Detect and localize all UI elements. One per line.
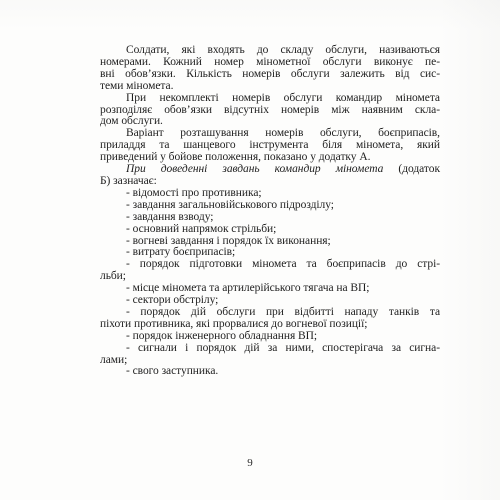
text-line: - сигнали і порядок дій за ними, спостер… [100,343,440,355]
text-line: - порядок інженерного обладнання ВП; [100,331,440,343]
page-number: 9 [0,457,500,469]
italic-text-segment: При доведенні завдань командир міномета [126,163,383,175]
text-line: - порядок підготовки міномета та боєприп… [100,259,440,271]
text-segment: (додаток [383,163,440,175]
text-line: При некомплекті номерів обслуги командир… [100,93,440,105]
text-line: вні обов’язки. Кількість номерів обслуги… [100,69,440,81]
text-line: - завдання загальновійськового підрозділ… [100,200,440,212]
scanned-book-page: Солдати, які входять до складу обслуги, … [0,0,500,500]
text-line: піхоти противника, які прорвалися до вог… [100,319,440,331]
text-line: теми міномета. [100,81,440,93]
text-line: - відомості про противника; [100,188,440,200]
text-line: - свого заступника. [100,366,440,378]
text-line: - завдання взводу; [100,212,440,224]
page-text-block: Солдати, які входять до складу обслуги, … [100,45,440,378]
text-line: - основний напрямок стрільби; [100,224,440,236]
